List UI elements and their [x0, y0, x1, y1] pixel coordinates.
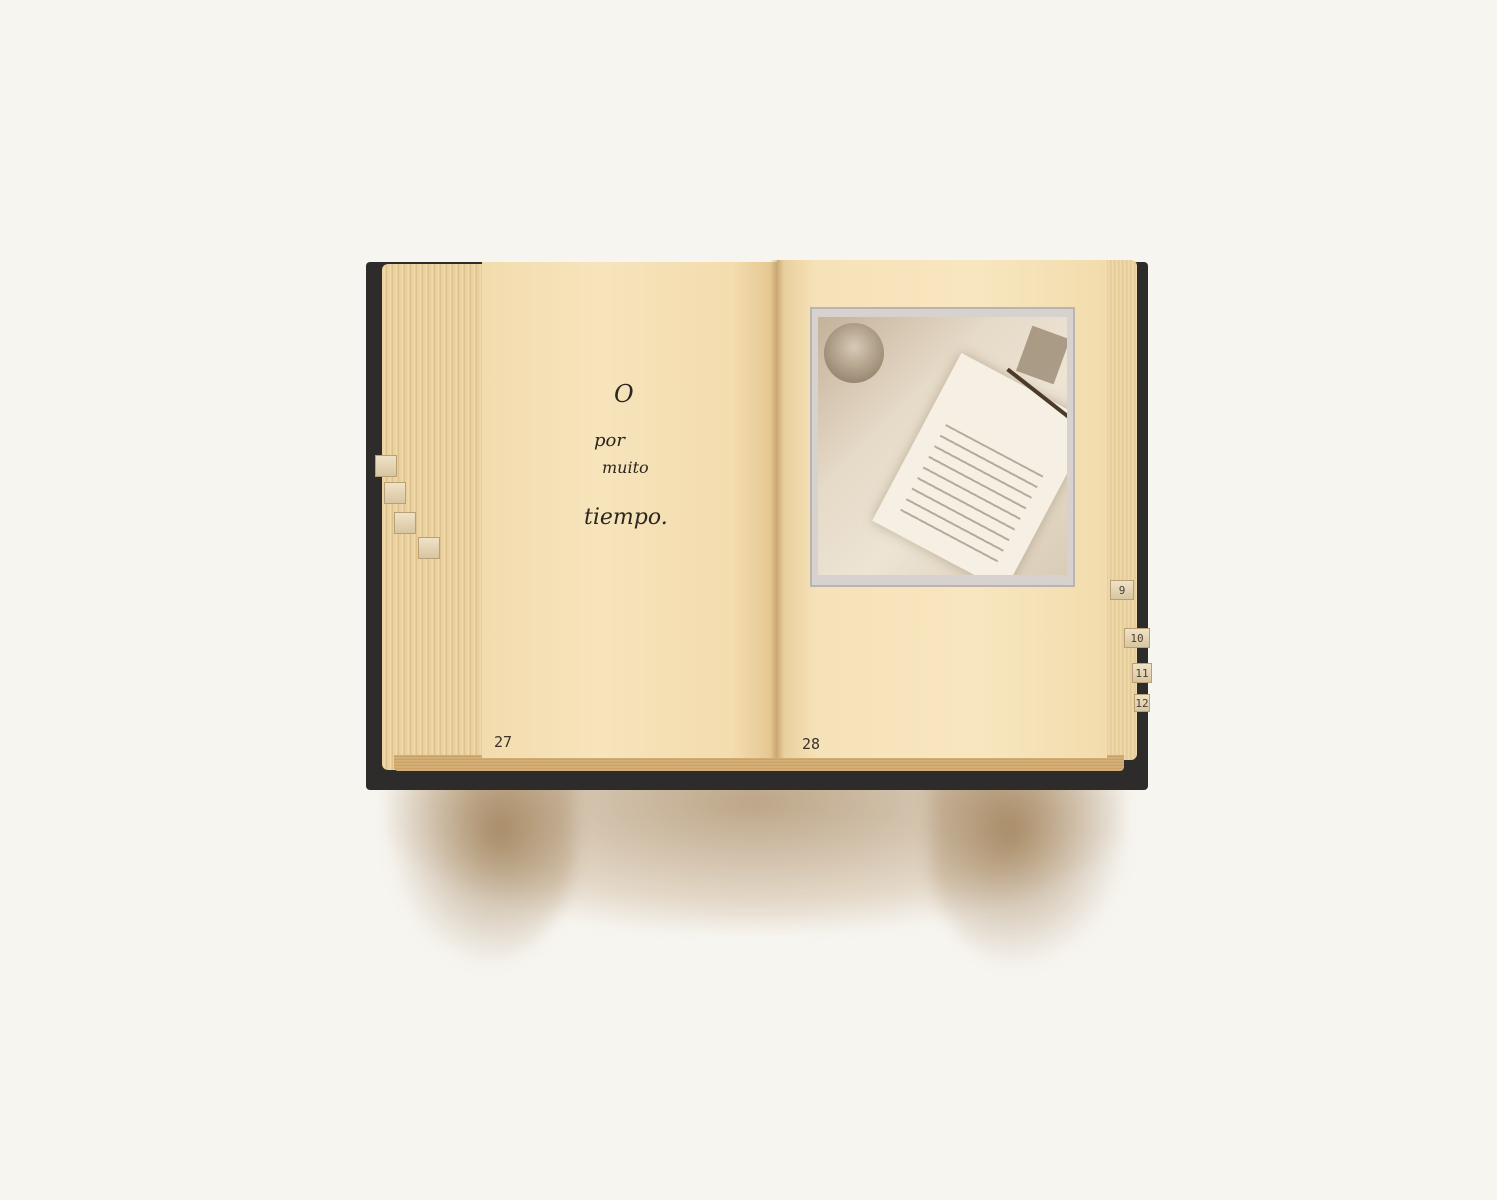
- index-tab-right: 9: [1110, 580, 1134, 600]
- page-number-right: 28: [802, 735, 820, 753]
- photo-image: [818, 317, 1067, 575]
- index-tab-right: 12: [1134, 694, 1150, 712]
- handwriting-line: muito: [602, 458, 649, 477]
- index-tab-right: 11: [1132, 663, 1152, 683]
- book-shadow-left: [385, 770, 575, 970]
- photo-scene: O por muito tiempo. 27 28 9 10 11 12: [0, 0, 1497, 1200]
- instant-photo: [810, 307, 1075, 587]
- book-shadow-right: [930, 770, 1130, 970]
- index-tab-left: [384, 482, 406, 504]
- cup-shape: [824, 323, 884, 383]
- index-tab-left: [394, 512, 416, 534]
- open-book: O por muito tiempo. 27 28 9 10 11 12: [372, 250, 1142, 770]
- box-shape: [1016, 326, 1067, 385]
- page-number-left: 27: [494, 733, 512, 751]
- index-tab-right: 10: [1124, 628, 1150, 648]
- handwritten-text: O por muito tiempo.: [582, 380, 702, 540]
- handwriting-line: tiempo.: [584, 505, 668, 530]
- photo-notebook: [872, 353, 1067, 575]
- handwriting-line: por: [594, 430, 625, 451]
- book-gutter: [770, 260, 784, 758]
- index-tab-left: [418, 537, 440, 559]
- handwriting-line: O: [614, 380, 634, 408]
- index-tab-left: [375, 455, 397, 477]
